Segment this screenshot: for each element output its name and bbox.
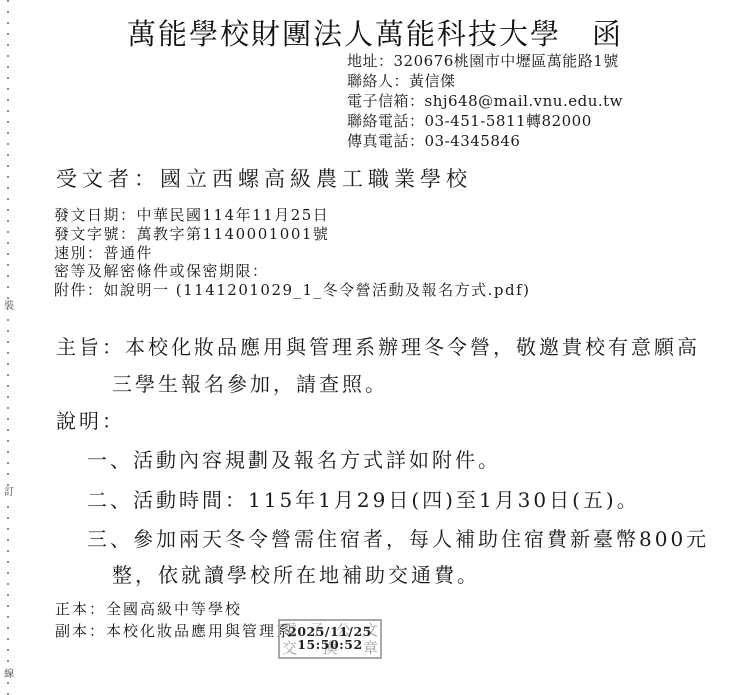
- meta-doc-number: 發文字號：萬教字第1140001001號: [54, 225, 530, 244]
- meta-priority: 速別：普通件: [54, 244, 530, 263]
- footer-original-copy: 正本：全國高級中等學校: [55, 598, 242, 619]
- margin-mark-staple: 訂: [3, 486, 15, 500]
- explanation-item-2: 二、活動時間：115年1月29日(四)至1月30日(五)。: [87, 484, 640, 513]
- stamp-datetime: 2025/11/25 15:50:52: [280, 621, 380, 657]
- contact-info-block: 地址：320676桃園市中壢區萬能路1號 聯絡人：黃信傑 電子信箱：shj648…: [347, 51, 623, 151]
- meta-issue-date: 發文日期：中華民國114年11月25日: [54, 206, 530, 225]
- contact-phone: 聯絡電話：03-451-5811轉82000: [347, 111, 623, 131]
- contact-email: 電子信箱：shj648@mail.vnu.edu.tw: [347, 91, 623, 111]
- explanation-label: 說明：: [56, 405, 125, 434]
- explanation-item-3-line-1: 三、參加兩天冬令營需住宿者，每人補助住宿費新臺幣800元: [87, 523, 709, 552]
- explanation-item-1: 一、活動內容規劃及報名方式詳如附件。: [87, 444, 501, 473]
- contact-person: 聯絡人：黃信傑: [347, 71, 623, 91]
- contact-address: 地址：320676桃園市中壢區萬能路1號: [347, 51, 623, 71]
- stamp-time: 15:50:52: [280, 638, 380, 651]
- document-title: 萬能學校財團法人萬能科技大學 函: [0, 12, 750, 53]
- margin-mark-line: 線: [3, 668, 15, 682]
- electronic-exchange-stamp: 電 子 公 文 交 換 章 2025/11/25 15:50:52: [278, 619, 382, 659]
- contact-fax: 傳真電話：03-4345846: [347, 131, 623, 151]
- explanation-item-3-line-2: 整，依就讀學校所在地補助交通費。: [112, 559, 480, 588]
- recipient-line: 受文者：國立西螺高級農工職業學校: [56, 163, 472, 193]
- meta-attachment: 附件：如說明一 (1141201029_1_冬令營活動及報名方式.pdf): [54, 281, 530, 300]
- footer-cc-copy: 副本：本校化妝品應用與管理系: [55, 620, 293, 641]
- margin-mark-binding: 裝: [3, 300, 15, 314]
- meta-confidentiality: 密等及解密條件或保密期限：: [54, 262, 530, 281]
- binding-dotted-line: [7, 0, 9, 695]
- document-meta-block: 發文日期：中華民國114年11月25日 發文字號：萬教字第1140001001號…: [54, 206, 530, 300]
- subject-line-1: 主旨：本校化妝品應用與管理系辦理冬令營，敬邀貴校有意願高: [56, 331, 700, 360]
- subject-line-2: 三學生報名參加，請查照。: [112, 368, 388, 397]
- official-letter-page: 裝 訂 線 萬能學校財團法人萬能科技大學 函 地址：320676桃園市中壢區萬能…: [0, 0, 750, 695]
